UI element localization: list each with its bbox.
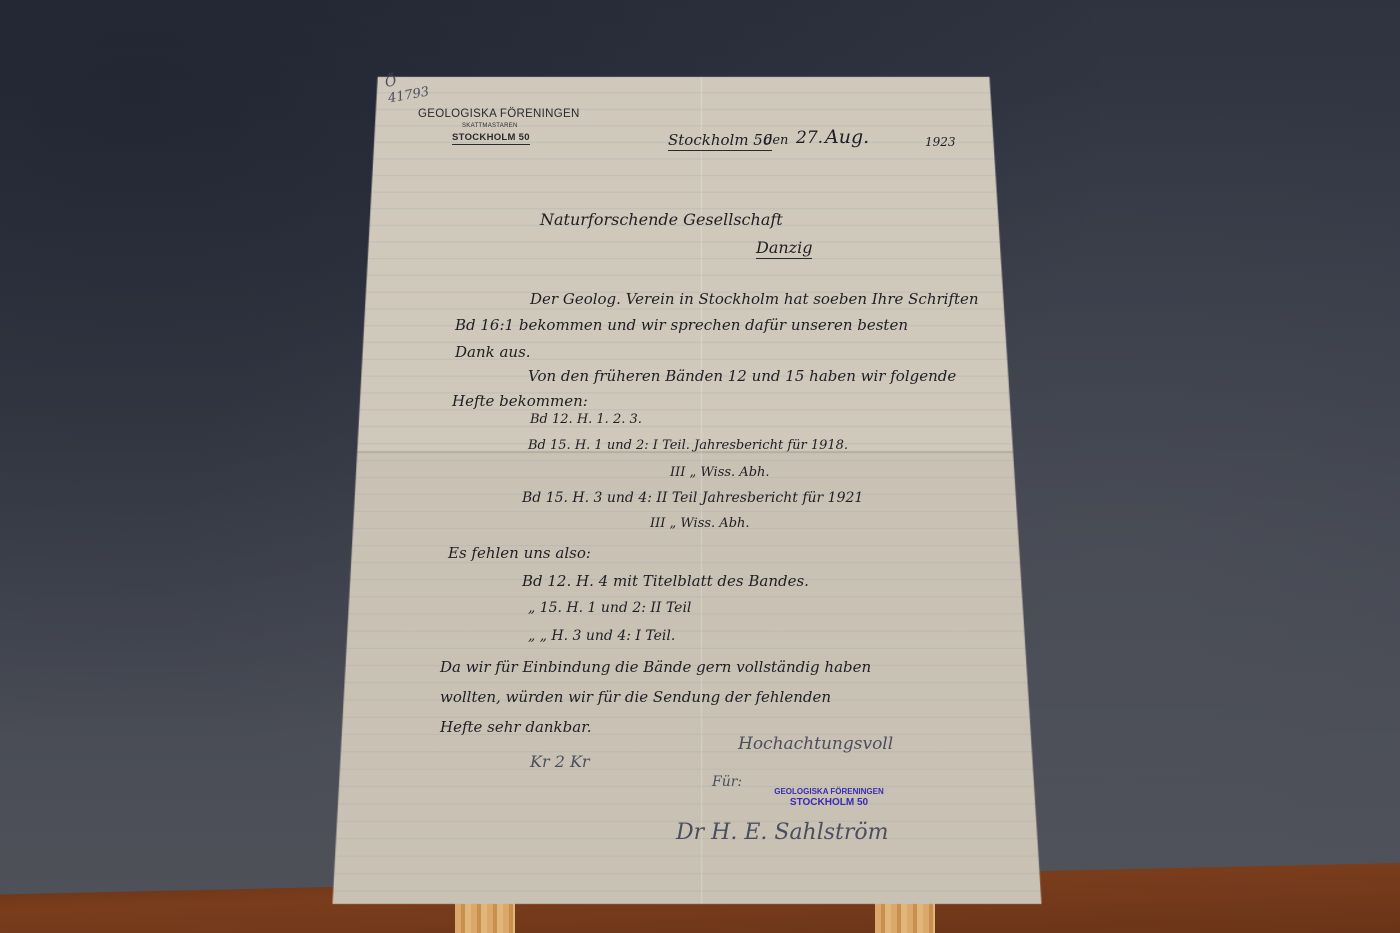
- dateline-year: 1923: [925, 135, 956, 149]
- recipient-city: Danzig: [756, 238, 812, 259]
- closing-line3: Hefte sehr dankbar.: [440, 718, 592, 736]
- missing-item: Bd 12. H. 4 mit Titelblatt des Bandes.: [522, 572, 809, 590]
- signature: Dr H. E. Sahlström: [676, 820, 889, 845]
- for-label: Für:: [712, 774, 742, 790]
- received-item: Bd 15. H. 3 und 4: II Teil Jahresbericht…: [522, 490, 863, 506]
- stamp-line2: STOCKHOLM 50: [764, 797, 894, 808]
- dateline-den: den: [764, 133, 788, 148]
- received-item: Bd 15. H. 1 und 2: I Teil. Jahresbericht…: [528, 438, 848, 453]
- body-para1-line1: Der Geolog. Verein in Stockholm hat soeb…: [530, 290, 979, 308]
- received-item: Bd 12. H. 1. 2. 3.: [530, 412, 642, 427]
- missing-item: „ „ H. 3 und 4: I Teil.: [528, 628, 675, 644]
- pencil-note: Kr 2 Kr: [530, 752, 590, 771]
- letterhead-organization: GEOLOGISKA FÖRENINGEN: [418, 108, 580, 120]
- dateline-month: Aug.: [825, 126, 869, 148]
- dateline-place: Stockholm 50: [668, 131, 772, 151]
- missing-item: „ 15. H. 1 und 2: II Teil: [528, 600, 691, 616]
- recipient-name: Naturforschende Gesellschaft: [540, 210, 783, 229]
- body-para2-line2: Hefte bekommen:: [452, 392, 588, 410]
- salutation: Hochachtungsvoll: [738, 734, 893, 754]
- received-item: III „ Wiss. Abh.: [650, 516, 750, 531]
- closing-line2: wollten, würden wir für die Sendung der …: [440, 688, 831, 706]
- body-para1-line3: Dank aus.: [455, 343, 531, 361]
- stamp-line1: GEOLOGISKA FÖRENINGEN: [764, 787, 894, 796]
- body-para2-line1: Von den früheren Bänden 12 und 15 haben …: [528, 367, 956, 385]
- missing-intro: Es fehlen uns also:: [448, 544, 591, 562]
- letterhead-city: STOCKHOLM 50: [452, 132, 530, 145]
- dateline-day: 27.: [796, 128, 823, 148]
- body-para1-line2: Bd 16:1 bekommen und wir sprechen dafür …: [455, 316, 908, 334]
- letterhead-department: SKATTMÄSTAREN: [462, 123, 518, 129]
- closing-line1: Da wir für Einbindung die Bände gern vol…: [440, 658, 871, 676]
- received-item: III „ Wiss. Abh.: [670, 465, 770, 480]
